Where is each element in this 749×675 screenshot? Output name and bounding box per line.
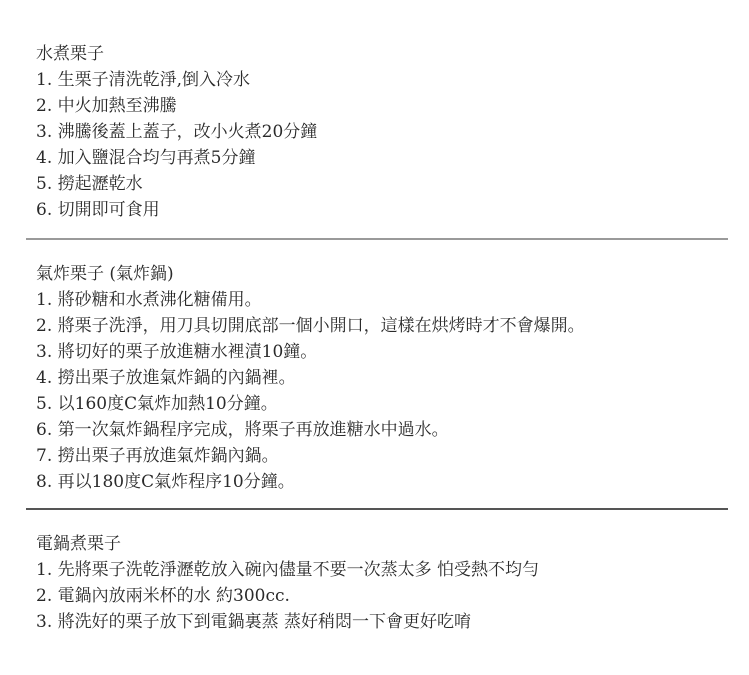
step-item: 3. 將洗好的栗子放下到電鍋裏蒸 蒸好稍悶一下會更好吃唷 (36, 609, 736, 635)
section-boiled-chestnuts: 水煮栗子 1. 生栗子清洗乾淨,倒入冷水 2. 中火加熱至沸騰 3. 沸騰後蓋上… (36, 41, 736, 223)
section-title: 電鍋煮栗子 (36, 531, 736, 557)
section-title: 氣炸栗子 (氣炸鍋) (36, 261, 736, 287)
step-item: 4. 撈出栗子放進氣炸鍋的內鍋裡。 (36, 365, 736, 391)
section-divider (26, 238, 728, 240)
step-item: 3. 將切好的栗子放進糖水裡漬10鐘。 (36, 339, 736, 365)
step-item: 1. 先將栗子洗乾淨瀝乾放入碗內儘量不要一次蒸太多 怕受熱不均勻 (36, 557, 736, 583)
step-item: 6. 第一次氣炸鍋程序完成，將栗子再放進糖水中過水。 (36, 417, 736, 443)
section-air-fried-chestnuts: 氣炸栗子 (氣炸鍋) 1. 將砂糖和水煮沸化糖備用。 2. 將栗子洗淨，用刀具切… (36, 261, 736, 495)
step-item: 3. 沸騰後蓋上蓋子，改小火煮20分鐘 (36, 119, 736, 145)
step-item: 6. 切開即可食用 (36, 197, 736, 223)
step-item: 2. 中火加熱至沸騰 (36, 93, 736, 119)
step-item: 5. 撈起瀝乾水 (36, 171, 736, 197)
step-item: 8. 再以180度C氣炸程序10分鐘。 (36, 469, 736, 495)
recipe-document: 水煮栗子 1. 生栗子清洗乾淨,倒入冷水 2. 中火加熱至沸騰 3. 沸騰後蓋上… (0, 0, 749, 675)
step-item: 4. 加入鹽混合均勻再煮5分鐘 (36, 145, 736, 171)
step-item: 1. 將砂糖和水煮沸化糖備用。 (36, 287, 736, 313)
section-rice-cooker-chestnuts: 電鍋煮栗子 1. 先將栗子洗乾淨瀝乾放入碗內儘量不要一次蒸太多 怕受熱不均勻 2… (36, 531, 736, 635)
step-item: 5. 以160度C氣炸加熱10分鐘。 (36, 391, 736, 417)
step-item: 2. 電鍋內放兩米杯的水 約300cc. (36, 583, 736, 609)
step-item: 1. 生栗子清洗乾淨,倒入冷水 (36, 67, 736, 93)
section-title: 水煮栗子 (36, 41, 736, 67)
section-divider (26, 508, 728, 510)
step-item: 2. 將栗子洗淨，用刀具切開底部一個小開口，這樣在烘烤時才不會爆開。 (36, 313, 736, 339)
step-item: 7. 撈出栗子再放進氣炸鍋內鍋。 (36, 443, 736, 469)
